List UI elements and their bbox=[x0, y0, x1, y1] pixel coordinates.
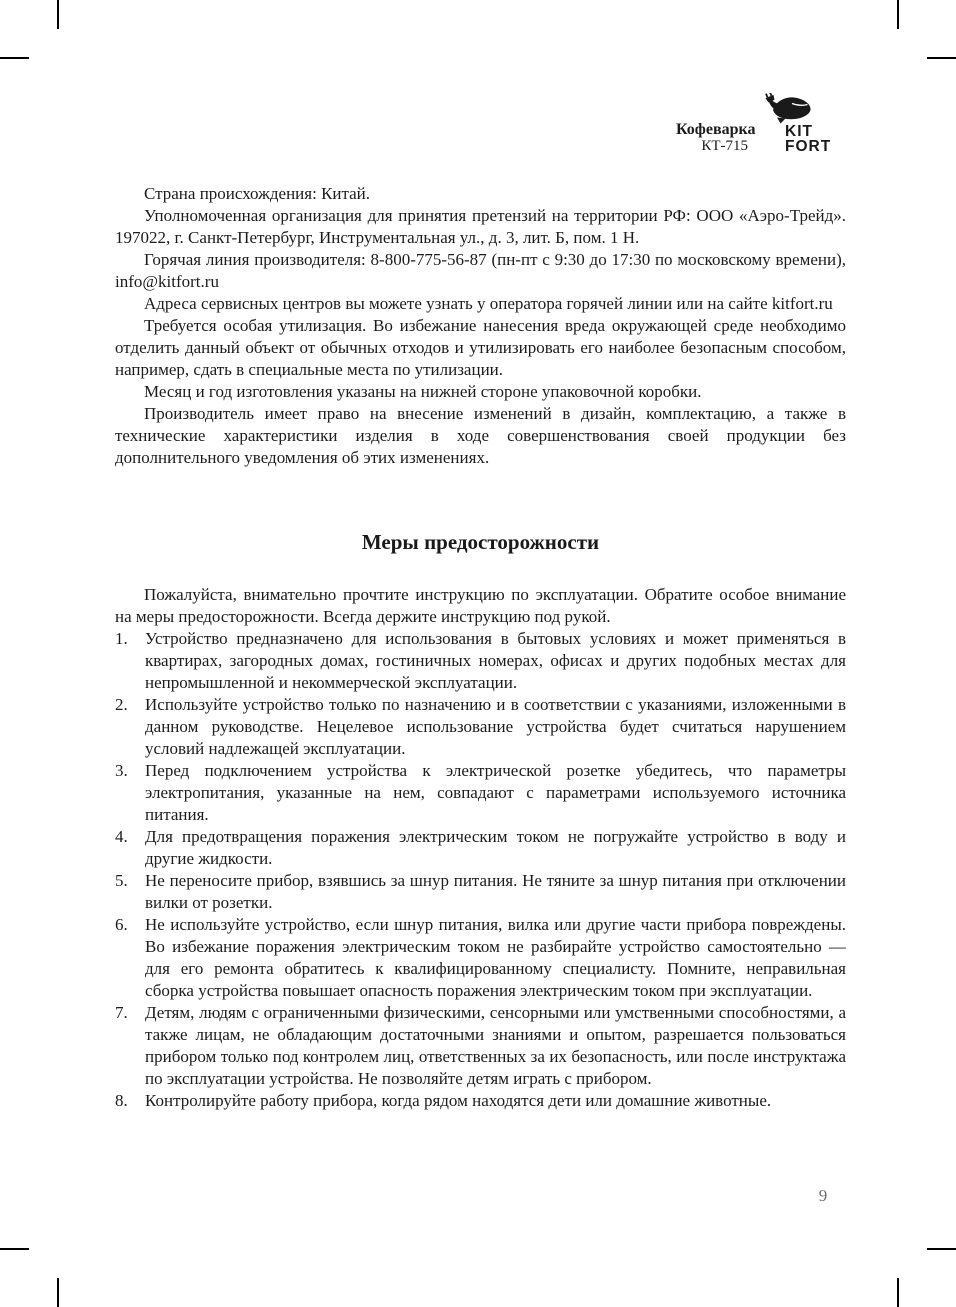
list-item: 3. Перед подключением устройства к элект… bbox=[115, 760, 846, 826]
list-item: 8. Контролируйте работу прибора, когда р… bbox=[115, 1090, 846, 1112]
list-item-text: Контролируйте работу прибора, когда рядо… bbox=[145, 1090, 846, 1112]
list-item: 2. Используйте устройство только по назн… bbox=[115, 694, 846, 760]
brand-word-kit: KIT bbox=[785, 124, 833, 139]
list-item-number: 4. bbox=[115, 826, 145, 870]
list-item-text: Не используйте устройство, если шнур пит… bbox=[145, 914, 846, 1002]
manual-page: Кофеварка КТ-715 bbox=[0, 0, 956, 1307]
crop-mark-bottom-right-vertical bbox=[897, 1278, 899, 1307]
paragraph-country-of-origin: Страна происхождения: Китай. bbox=[115, 183, 846, 205]
section-intro: Пожалуйста, внимательно прочтите инструк… bbox=[115, 584, 846, 628]
crop-mark-bottom-right-horizontal bbox=[927, 1248, 956, 1250]
list-item: 5. Не переносите прибор, взявшись за шну… bbox=[115, 870, 846, 914]
paragraph-hotline: Горячая линия производителя: 8-800-775-5… bbox=[115, 249, 846, 293]
crop-mark-top-left-horizontal bbox=[0, 57, 29, 59]
brand-word-fort: FORT bbox=[785, 139, 833, 154]
list-item: 6. Не используйте устройство, если шнур … bbox=[115, 914, 846, 1002]
product-model: КТ-715 bbox=[676, 138, 748, 155]
list-item: 7. Детям, людям с ограниченными физическ… bbox=[115, 1002, 846, 1090]
crop-mark-top-left-vertical bbox=[57, 0, 59, 29]
list-item-number: 7. bbox=[115, 1002, 145, 1090]
list-item-number: 5. bbox=[115, 870, 145, 914]
list-item-text: Не переносите прибор, взявшись за шнур п… bbox=[145, 870, 846, 914]
safety-precautions-list: 1. Устройство предназначено для использо… bbox=[115, 628, 846, 1112]
crop-mark-top-right-vertical bbox=[897, 0, 899, 29]
product-identifier: Кофеварка КТ-715 bbox=[676, 93, 748, 155]
paragraph-design-changes: Производитель имеет право на внесение из… bbox=[115, 403, 846, 469]
list-item-text: Используйте устройство только по назначе… bbox=[145, 694, 846, 760]
list-item: 1. Устройство предназначено для использо… bbox=[115, 628, 846, 694]
list-item-text: Для предотвращения поражения электрическ… bbox=[145, 826, 846, 870]
paragraph-manufacture-date: Месяц и год изготовления указаны на нижн… bbox=[115, 381, 846, 403]
list-item-text: Детям, людям с ограниченными физическими… bbox=[145, 1002, 846, 1090]
product-name: Кофеварка bbox=[676, 121, 748, 138]
crop-mark-top-right-horizontal bbox=[927, 57, 956, 59]
section-title-safety-precautions: Меры предосторожности bbox=[115, 529, 846, 555]
crop-mark-bottom-left-horizontal bbox=[0, 1248, 29, 1250]
list-item-text: Перед подключением устройства к электрич… bbox=[145, 760, 846, 826]
whale-plug-icon bbox=[763, 93, 833, 124]
list-item: 4. Для предотвращения поражения электрич… bbox=[115, 826, 846, 870]
paragraph-recycling: Требуется особая утилизация. Во избежани… bbox=[115, 315, 846, 381]
list-item-text: Устройство предназначено для использован… bbox=[145, 628, 846, 694]
paragraph-service-centers: Адреса сервисных центров вы можете узнат… bbox=[115, 293, 846, 315]
kitfort-logo: KIT FORT bbox=[763, 93, 833, 154]
list-item-number: 2. bbox=[115, 694, 145, 760]
crop-mark-bottom-left-vertical bbox=[57, 1278, 59, 1307]
list-item-number: 1. bbox=[115, 628, 145, 694]
page-number: 9 bbox=[808, 1185, 838, 1207]
paragraph-authorized-organization: Уполномоченная организация для принятия … bbox=[115, 205, 846, 249]
page-content: Страна происхождения: Китай. Уполномочен… bbox=[115, 183, 846, 1112]
brand-header: Кофеварка КТ-715 bbox=[676, 93, 833, 155]
list-item-number: 8. bbox=[115, 1090, 145, 1112]
list-item-number: 3. bbox=[115, 760, 145, 826]
list-item-number: 6. bbox=[115, 914, 145, 1002]
